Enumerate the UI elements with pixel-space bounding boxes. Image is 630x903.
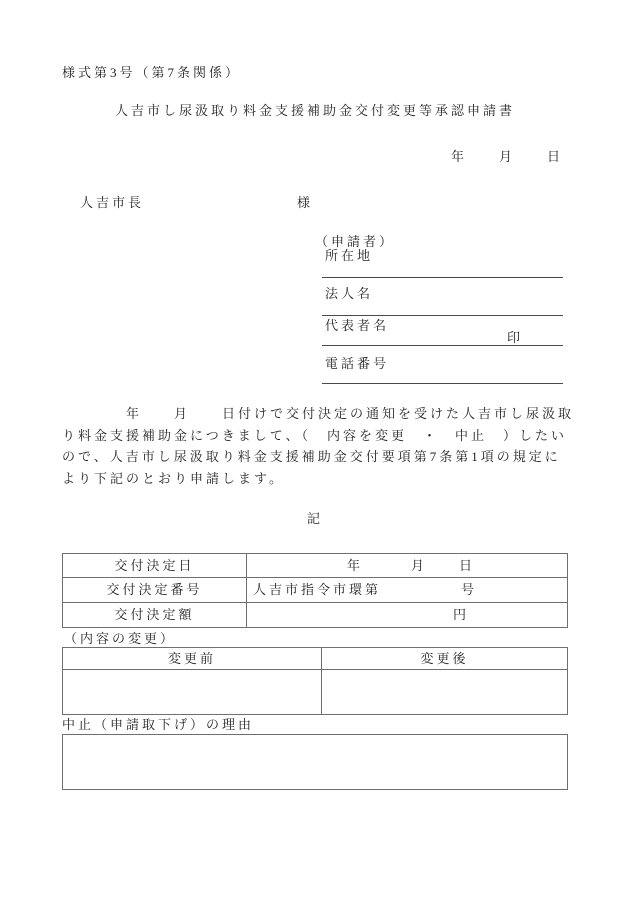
applicant-representative-label: 代表者名 [325, 318, 389, 333]
addressee-honorific: 様 [297, 196, 313, 210]
change-section-heading: （内容の変更） [64, 632, 176, 646]
applicant-phone-label: 電話番号 [325, 356, 389, 371]
body-line-2: り料金支援補助金につきまして、（ 内容を変更 ・ 中止 ）したい [62, 429, 574, 451]
applicant-corporation-label: 法人名 [325, 286, 373, 301]
change-before-blank-cell [63, 670, 322, 714]
decision-date-label: 交付決定日 [63, 554, 247, 577]
cancellation-reason-box [62, 734, 568, 790]
change-after-blank-cell [322, 670, 567, 714]
applicant-corporation-field: 法人名 [322, 287, 563, 316]
form-number: 様式第3号（第7条関係） [62, 66, 241, 80]
decision-amount-value: 円 [247, 603, 567, 627]
applicant-representative-field: 代表者名 [322, 319, 563, 346]
applicant-address-field: 所在地 [322, 249, 563, 278]
body-line-3: ので、人吉市し尿汲取り料金支援補助金交付要項第7条第1項の規定に [62, 450, 574, 472]
decision-number-value: 人吉市指令市環第 号 [247, 578, 567, 601]
applicant-phone-field: 電話番号 [322, 357, 563, 384]
document-title: 人吉市し尿汲取り料金支援補助金交付変更等承認申請書 [0, 104, 630, 118]
change-after-header: 変更後 [322, 648, 567, 669]
seal-mark: 印 [507, 331, 523, 345]
table-row-decision-date: 交付決定日 年 月 日 [63, 554, 567, 578]
table-row-decision-number: 交付決定番号 人吉市指令市環第 号 [63, 578, 567, 602]
body-paragraph: 年 月 日付けで交付決定の通知を受けた人吉市し尿汲取 り料金支援補助金につきまし… [62, 407, 574, 494]
decision-date-value: 年 月 日 [247, 554, 567, 577]
decision-amount-label: 交付決定額 [63, 603, 247, 627]
application-date-line: 年 月 日 [300, 150, 563, 164]
change-table: 変更前 変更後 [62, 647, 568, 715]
change-table-body-row [63, 670, 567, 714]
change-before-header: 変更前 [63, 648, 322, 669]
change-table-header-row: 変更前 変更後 [63, 648, 567, 670]
grant-decision-table: 交付決定日 年 月 日 交付決定番号 人吉市指令市環第 号 交付決定額 円 [62, 553, 568, 628]
applicant-heading: （申請者） [315, 235, 395, 249]
body-line-4: より下記のとおり申請します。 [62, 472, 574, 494]
table-row-decision-amount: 交付決定額 円 [63, 603, 567, 627]
body-line-1: 年 月 日付けで交付決定の通知を受けた人吉市し尿汲取 [62, 407, 574, 429]
application-form-page: 様式第3号（第7条関係） 人吉市し尿汲取り料金支援補助金交付変更等承認申請書 年… [0, 0, 630, 903]
cancellation-section-heading: 中止（申請取下げ）の理由 [62, 718, 254, 732]
decision-number-label: 交付決定番号 [63, 578, 247, 601]
addressee-name: 人吉市長 [80, 196, 144, 210]
section-marker: 記 [0, 512, 630, 526]
applicant-address-label: 所在地 [325, 248, 373, 263]
